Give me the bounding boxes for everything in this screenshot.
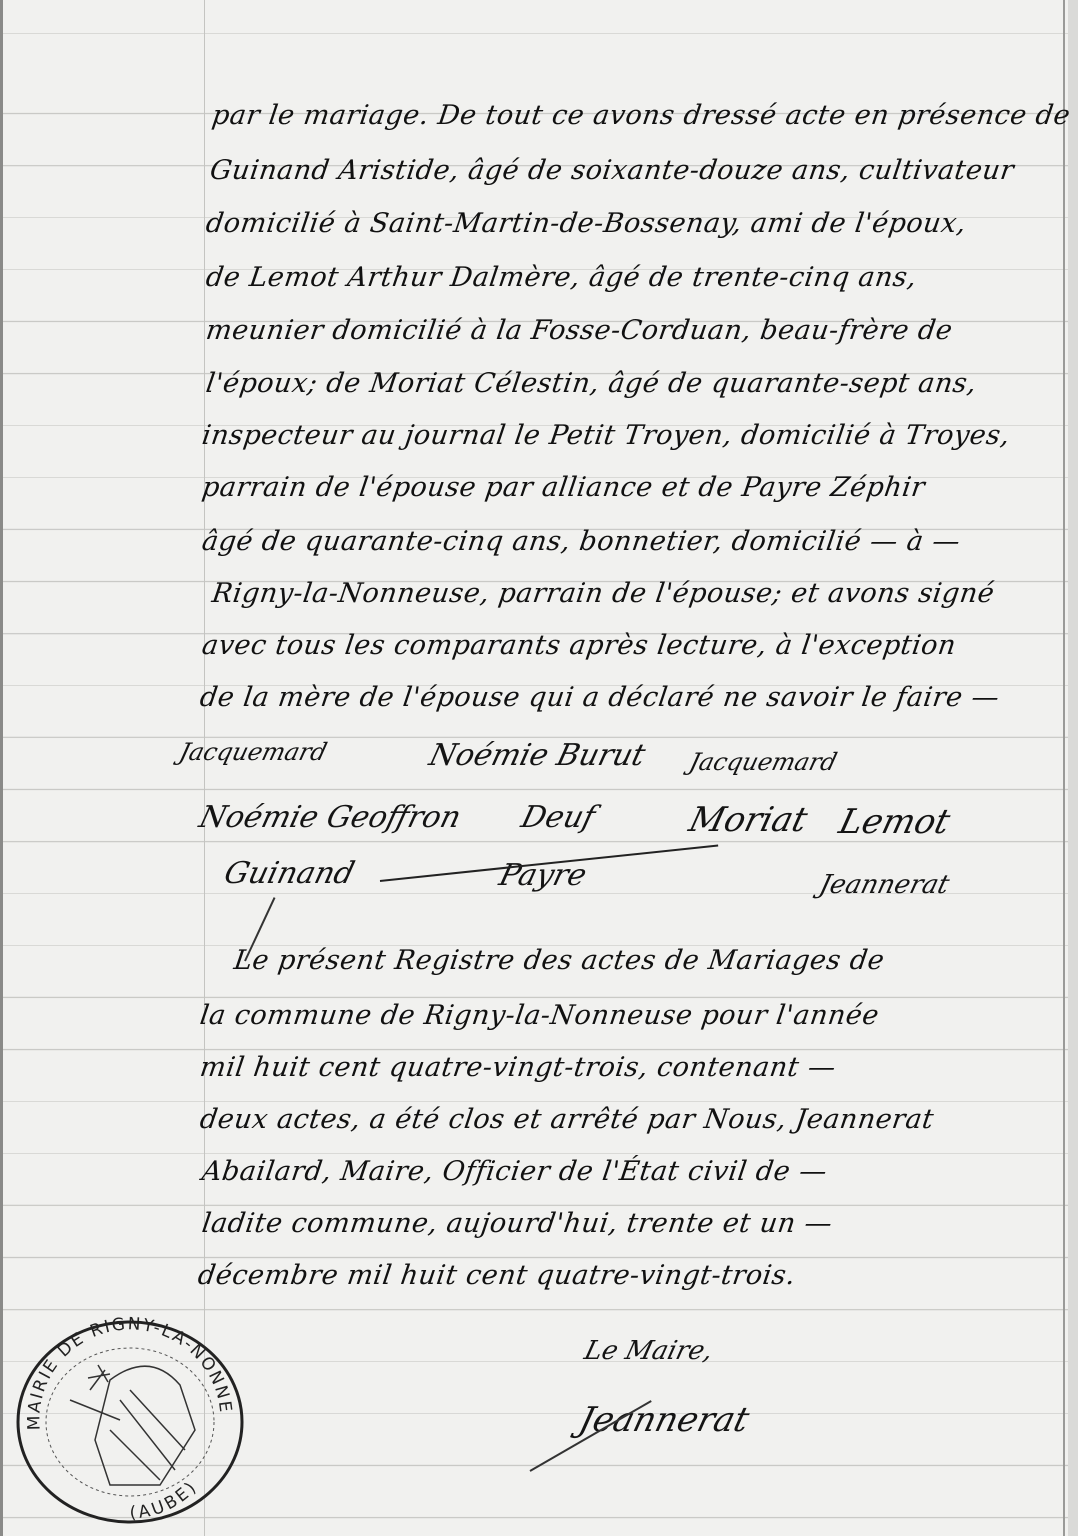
municipal-stamp: MAIRIE DE RIGNY-LA-NONNEUSE (AUBE) [10,1310,248,1525]
text-line-11: avec tous les comparants après lecture, … [200,630,958,661]
closing-line-1: Le présent Registre des actes de Mariage… [232,945,886,976]
text-line-10: Rigny-la-Nonneuse, parrain de l'épouse; … [210,578,996,609]
signature-moriat: Moriat [685,800,811,840]
text-line-9: âgé de quarante-cinq ans, bonnetier, dom… [200,526,962,557]
text-line-12: de la mère de l'épouse qui a déclaré ne … [198,682,1001,713]
closing-line-5: Abailard, Maire, Officier de l'État civi… [200,1156,829,1187]
text-line-5: meunier domicilié à la Fosse-Corduan, be… [204,315,955,346]
signature-jacquemard-2: Jacquemard [687,748,840,776]
svg-text:(AUBE): (AUBE) [129,1477,202,1524]
text-line-6: l'époux; de Moriat Célestin, âgé de quar… [204,368,979,399]
text-line-2: Guinand Aristide, âgé de soixante-douze … [208,155,1016,186]
signature-noemie-burut: Noémie Burut [426,738,649,773]
text-line-4: de Lemot Arthur Dalmère, âgé de trente-c… [204,262,919,293]
text-line-3: domicilié à Saint-Martin-de-Bossenay, am… [204,208,968,239]
closing-line-2: la commune de Rigny-la-Nonneuse pour l'a… [198,1000,881,1031]
signature-guinand: Guinand [221,856,358,891]
signature-jacquemard-1: Jacquemard [177,738,330,766]
stamp-seal-icon: MAIRIE DE RIGNY-LA-NONNEUSE (AUBE) [10,1310,248,1525]
signature-deuf: Deuf [518,800,599,835]
signature-jeannerat-act: Jeannerat [816,870,952,900]
signature-lemot: Lemot [835,802,954,842]
mayor-signature: Jeannerat [575,1400,753,1440]
closing-line-4: deux actes, a été clos et arrêté par Nou… [198,1104,936,1135]
text-line-7: inspecteur au journal le Petit Troyen, d… [200,420,1012,451]
text-line-1: par le mariage. De tout ce avons dressé … [210,100,1072,131]
text-line-8: parrain de l'épouse par alliance et de P… [200,472,927,503]
page-right-edge [1068,0,1078,1536]
closing-line-6: ladite commune, aujourd'hui, trente et u… [200,1208,834,1239]
svg-text:MAIRIE DE RIGNY-LA-NONNEUSE: MAIRIE DE RIGNY-LA-NONNEUSE [10,1310,235,1430]
page-left-edge [0,0,3,1536]
right-margin-rule [1063,0,1065,1536]
register-page: par le mariage. De tout ce avons dressé … [0,0,1078,1536]
closing-line-7: décembre mil huit cent quatre-vingt-troi… [196,1260,798,1291]
signature-noemie-geoffron: Noémie Geoffron [196,800,465,835]
mayor-title: Le Maire, [581,1336,716,1366]
closing-line-3: mil huit cent quatre-vingt-trois, conten… [198,1052,838,1083]
